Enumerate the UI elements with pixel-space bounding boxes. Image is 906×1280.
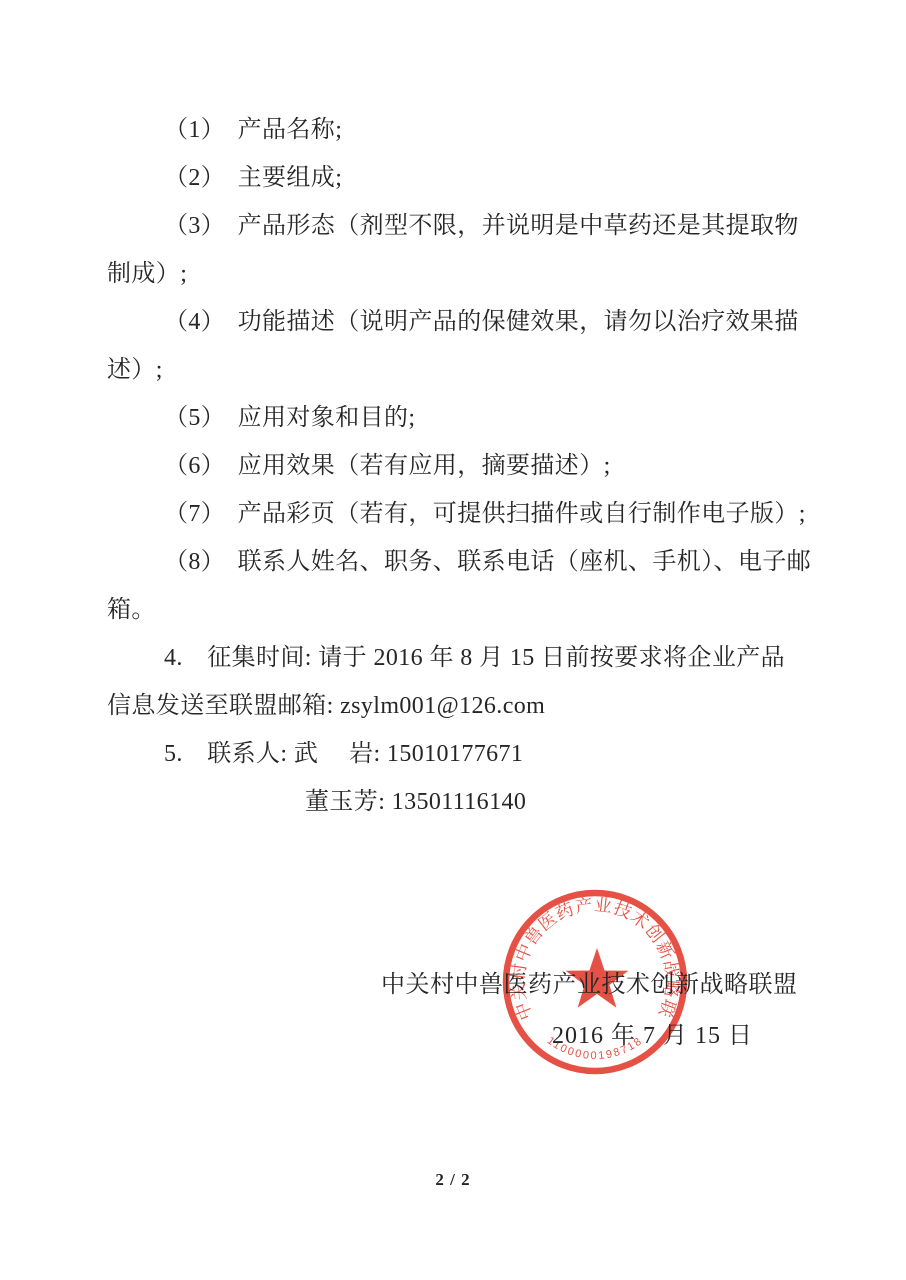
signature-organization: 中关村中兽医药产业技术创新战略联盟 <box>381 968 798 1002</box>
signature-date: 2016 年 7 月 15 日 <box>552 1019 753 1053</box>
list-item-4-continued: 述）; <box>107 346 822 394</box>
list-item-5: （5） 应用对象和目的; <box>107 394 822 442</box>
list-item-3: （3） 产品形态（剂型不限，并说明是中草药还是其提取物 <box>107 202 822 250</box>
page-number: 2 / 2 <box>0 1170 906 1190</box>
alliance-email-line: 信息发送至联盟邮箱: zsylm001@126.com <box>107 682 822 730</box>
list-item-7: （7） 产品彩页（若有，可提供扫描件或自行制作电子版）; <box>107 490 822 538</box>
contact-person-1-line: 5. 联系人: 武 岩: 15010177671 <box>107 730 822 778</box>
list-item-8-continued: 箱。 <box>107 586 822 634</box>
contact-person-2-line: 董玉芳: 13501116140 <box>107 778 822 826</box>
document-page: （1） 产品名称; （2） 主要组成; （3） 产品形态（剂型不限，并说明是中草… <box>0 0 906 1280</box>
list-item-3-continued: 制成）; <box>107 250 822 298</box>
list-item-8: （8） 联系人姓名、职务、联系电话（座机、手机）、电子邮 <box>107 538 822 586</box>
collection-deadline-line: 4. 征集时间: 请于 2016 年 8 月 15 日前按要求将企业产品 <box>107 634 822 682</box>
list-item-6: （6） 应用效果（若有应用，摘要描述）; <box>107 442 822 490</box>
list-item-4: （4） 功能描述（说明产品的保健效果，请勿以治疗效果描 <box>107 298 822 346</box>
list-item-1: （1） 产品名称; <box>107 106 822 154</box>
document-body: （1） 产品名称; （2） 主要组成; （3） 产品形态（剂型不限，并说明是中草… <box>107 106 822 826</box>
list-item-2: （2） 主要组成; <box>107 154 822 202</box>
